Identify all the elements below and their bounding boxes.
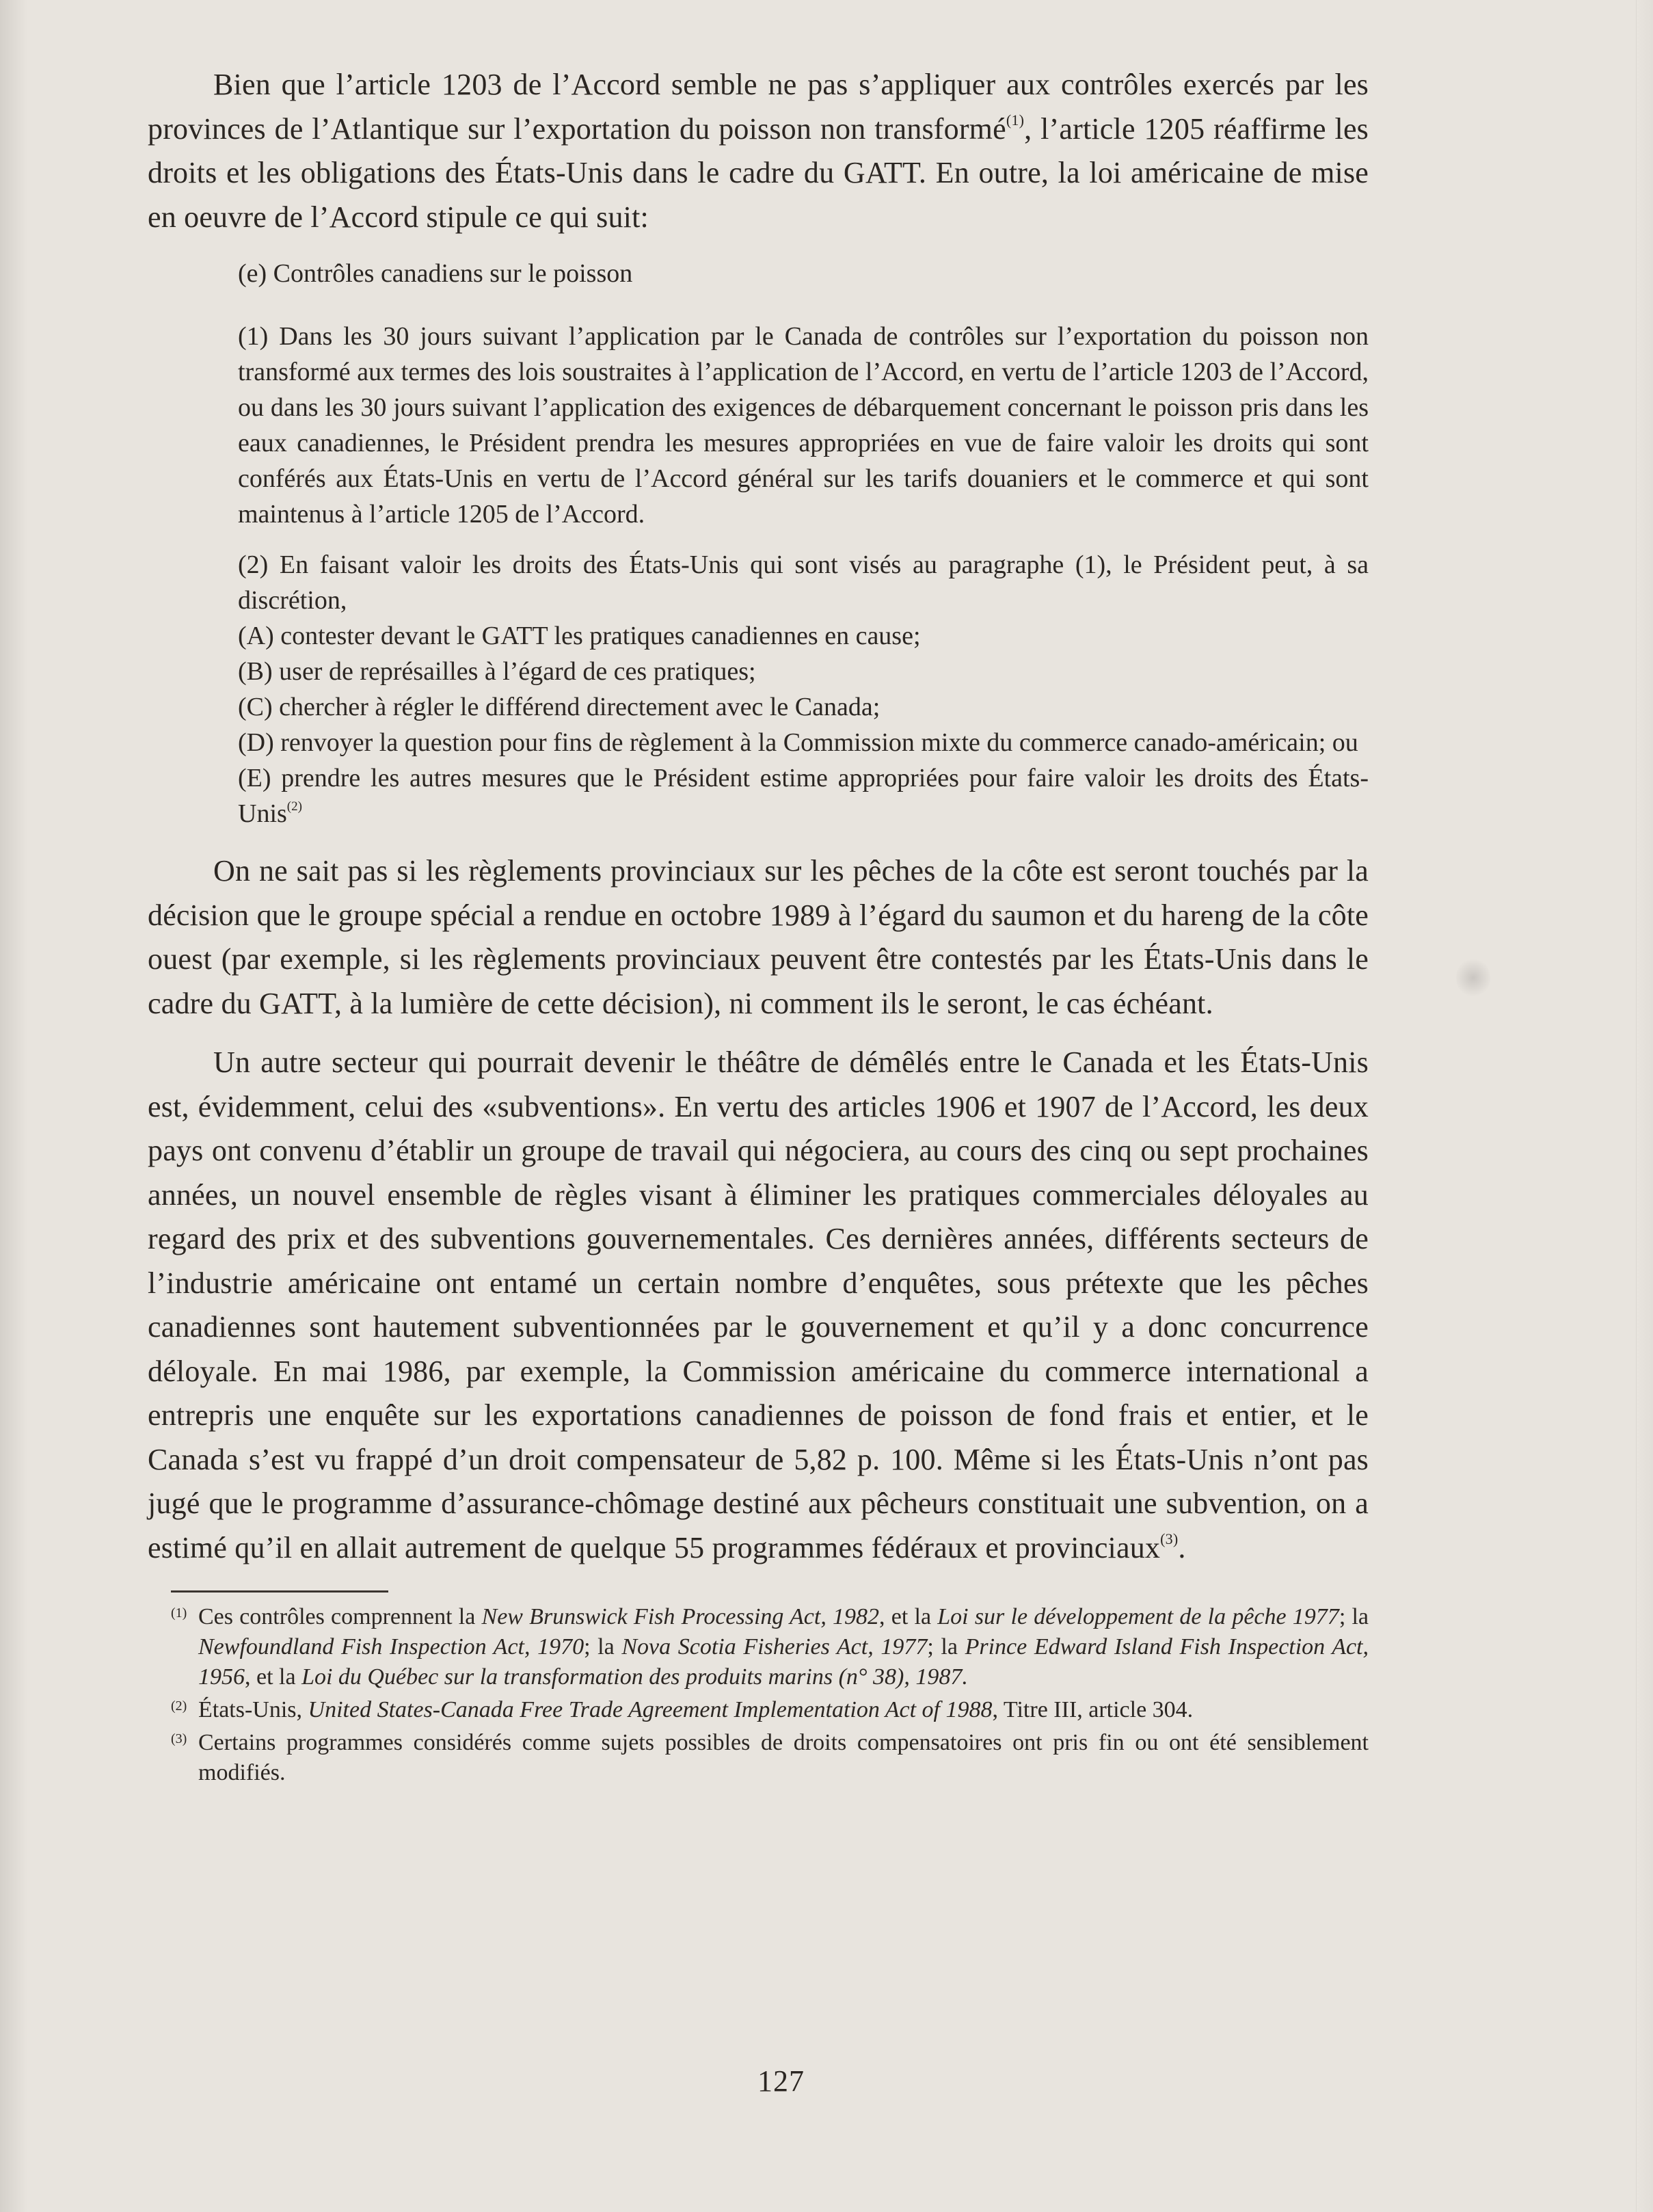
scan-right-edge bbox=[1636, 0, 1653, 2212]
footnote-1: (1) Ces contrôles comprennent la New Bru… bbox=[171, 1602, 1369, 1692]
footnote-1-act-title: Loi sur le développement de la pêche 197… bbox=[937, 1604, 1339, 1629]
quote-item-e: (E) prendre les autres mesures que le Pr… bbox=[238, 760, 1369, 831]
footnote-1-text: ; la bbox=[927, 1634, 965, 1660]
quote-item-c: (C) chercher à régler le différend direc… bbox=[238, 689, 1369, 725]
footnote-2-text: , Titre III, article 304. bbox=[993, 1697, 1194, 1722]
quote-item-a: (A) contester devant le GATT les pratiqu… bbox=[238, 618, 1369, 654]
footnote-ref-3[interactable]: (3) bbox=[1160, 1530, 1178, 1547]
footnote-divider bbox=[171, 1590, 388, 1593]
quote-subsection-2-intro: (2) En faisant valoir les droits des Éta… bbox=[238, 547, 1369, 618]
quote-heading: (e) Contrôles canadiens sur le poisson bbox=[238, 256, 1369, 291]
footnote-ref-2[interactable]: (2) bbox=[287, 799, 302, 814]
quote-item-d: (D) renvoyer la question pour fins de rè… bbox=[238, 725, 1369, 760]
footnote-1-text: , et la bbox=[879, 1604, 937, 1629]
footnote-2-text: États-Unis, bbox=[198, 1697, 308, 1722]
paper-blot bbox=[1456, 957, 1490, 998]
footnote-1-act-title: New Brunswick Fish Processing Act, 1982 bbox=[482, 1604, 880, 1629]
page-body: Bien que l’article 1203 de l’Accord semb… bbox=[148, 63, 1369, 1791]
footnote-2: (2) États-Unis, United States-Canada Fre… bbox=[171, 1695, 1369, 1725]
footnote-3-mark: (3) bbox=[171, 1724, 187, 1754]
paragraph-subsidies-end: . bbox=[1178, 1531, 1185, 1564]
block-quote: (e) Contrôles canadiens sur le poisson (… bbox=[238, 256, 1369, 831]
scan-left-shadow bbox=[0, 0, 27, 2212]
page-number: 127 bbox=[757, 2064, 805, 2098]
footnote-3: (3) Certains programmes considérés comme… bbox=[171, 1728, 1369, 1788]
footnote-1-act-title: Nova Scotia Fisheries Act, 1977 bbox=[621, 1634, 927, 1660]
quote-item-e-text: (E) prendre les autres mesures que le Pr… bbox=[238, 764, 1369, 828]
footnote-1-act-title: Newfoundland Fish Inspection Act, 1970 bbox=[198, 1634, 584, 1660]
paragraph-subsidies: Un autre secteur qui pourrait devenir le… bbox=[148, 1041, 1369, 1570]
footnote-1-act-title: Loi du Québec sur la transformation des … bbox=[301, 1664, 968, 1690]
footnote-1-mark: (1) bbox=[171, 1598, 187, 1628]
paragraph-subsidies-text: Un autre secteur qui pourrait devenir le… bbox=[148, 1045, 1369, 1564]
quote-subsection-2: (2) En faisant valoir les droits des Éta… bbox=[238, 547, 1369, 831]
footnote-1-text: ; la bbox=[1339, 1604, 1369, 1629]
footnotes: (1) Ces contrôles comprennent la New Bru… bbox=[171, 1602, 1369, 1788]
footnote-2-act-title: United States-Canada Free Trade Agreemen… bbox=[308, 1697, 993, 1722]
footnote-2-mark: (2) bbox=[171, 1691, 187, 1721]
quote-subsection-1: (1) Dans les 30 jours suivant l’applicat… bbox=[238, 319, 1369, 532]
footnote-1-text: ; la bbox=[584, 1634, 621, 1660]
paragraph-intro: Bien que l’article 1203 de l’Accord semb… bbox=[148, 63, 1369, 239]
footnote-1-text: Ces contrôles comprennent la bbox=[198, 1604, 482, 1629]
footnote-3-text: Certains programmes considérés comme suj… bbox=[198, 1730, 1369, 1785]
footnote-1-text: , et la bbox=[245, 1664, 301, 1690]
paragraph-east-coast: On ne sait pas si les règlements provinc… bbox=[148, 849, 1369, 1026]
footnote-ref-1[interactable]: (1) bbox=[1006, 111, 1024, 129]
quote-item-b: (B) user de représailles à l’égard de ce… bbox=[238, 654, 1369, 689]
